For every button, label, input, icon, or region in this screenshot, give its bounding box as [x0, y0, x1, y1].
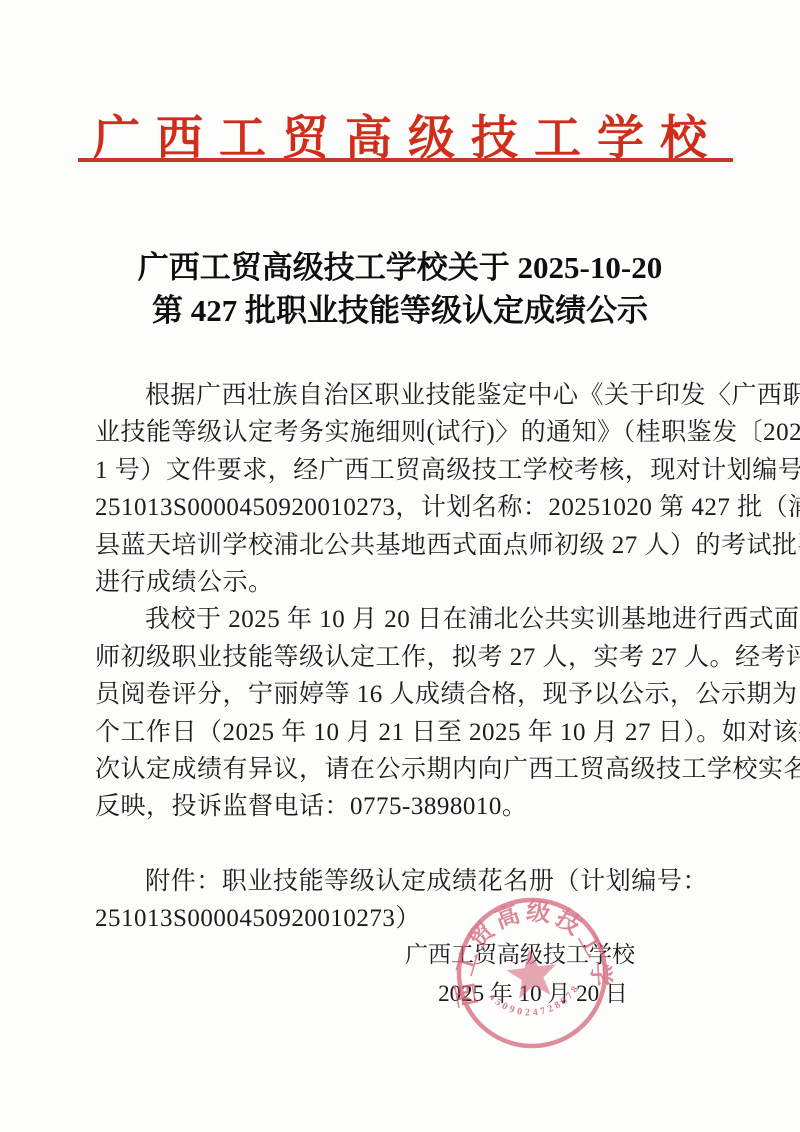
document-page: 广西工贸高级技工学校 广西工贸高级技工学校关于 2025-10-20 第 427…	[0, 0, 800, 1132]
document-body: 根据广西壮族自治区职业技能鉴定中心《关于印发〈广西职 业技能等级认定考务实施细则…	[95, 377, 708, 938]
body-line: 251013S0000450920010273，计划名称：20251020 第 …	[95, 489, 708, 526]
body-line: 个工作日（2025 年 10 月 21 日至 2025 年 10 月 27 日）…	[95, 714, 708, 751]
body-line: 员阅卷评分，宁丽婷等 16 人成绩合格，现予以公示，公示期为 5	[95, 676, 708, 713]
body-line: 次认定成绩有异议，请在公示期内向广西工贸高级技工学校实名	[95, 751, 708, 788]
body-line: 1 号）文件要求，经广西工贸高级技工学校考核，现对计划编号为：	[95, 452, 708, 489]
document-title: 广西工贸高级技工学校关于 2025-10-20 第 427 批职业技能等级认定成…	[60, 246, 740, 332]
body-line: 根据广西壮族自治区职业技能鉴定中心《关于印发〈广西职	[95, 377, 708, 414]
body-line: 业技能等级认定考务实施细则(试行)〉的通知》（桂职鉴发〔2021〕	[95, 414, 708, 451]
document-title-line1: 广西工贸高级技工学校关于 2025-10-20	[60, 246, 740, 289]
attachment-line: 附件：职业技能等级认定成绩花名册（计划编号：	[95, 863, 708, 900]
body-line: 反映，投诉监督电话：0775-3898010。	[95, 788, 708, 825]
body-line: 县蓝天培训学校浦北公共基地西式面点师初级 27 人）的考试批次	[95, 527, 708, 564]
signature-date: 2025 年 10 月 20 日	[438, 975, 628, 1008]
letterhead-rule	[78, 158, 733, 162]
document-title-line2: 第 427 批职业技能等级认定成绩公示	[60, 289, 740, 332]
signature-school-name: 广西工贸高级技工学校	[405, 936, 627, 969]
body-line: 我校于 2025 年 10 月 20 日在浦北公共实训基地进行西式面点	[95, 601, 708, 638]
body-line: 进行成绩公示。	[95, 564, 708, 601]
attachment-line: 251013S0000450920010273）	[95, 900, 708, 937]
body-line: 师初级职业技能等级认定工作，拟考 27 人，实考 27 人。经考评	[95, 639, 708, 676]
